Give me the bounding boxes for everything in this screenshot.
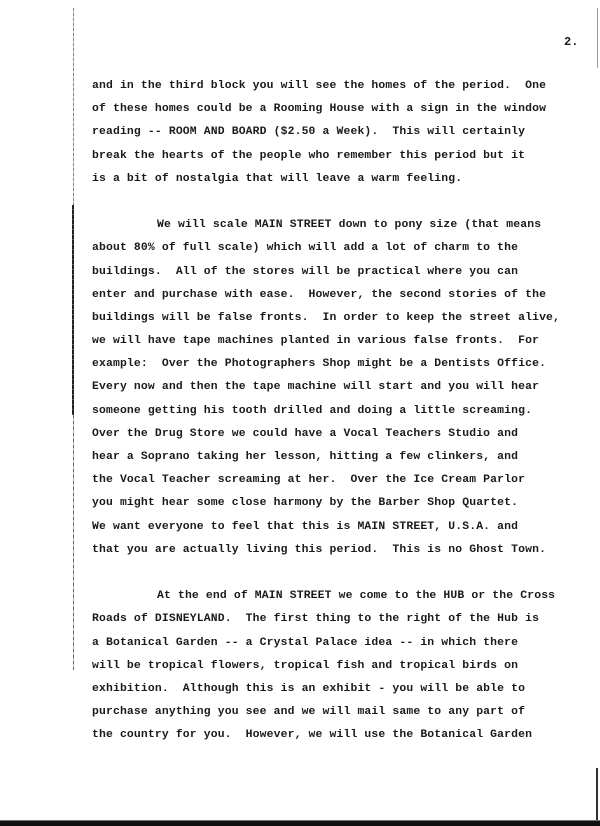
text-line: the country for you. However, we will us…: [92, 724, 562, 747]
paragraph: At the end of MAIN STREET we come to the…: [92, 585, 562, 747]
text-line: We will scale MAIN STREET down to pony s…: [92, 214, 562, 237]
text-line: hear a Soprano taking her lesson, hittin…: [92, 446, 562, 469]
document-page: 2. and in the third block you will see t…: [0, 0, 600, 826]
typewritten-body: and in the third block you will see the …: [92, 75, 562, 747]
binding-edge-line-lower: [73, 415, 74, 670]
text-line: reading -- ROOM AND BOARD ($2.50 a Week)…: [92, 121, 562, 144]
text-line: is a bit of nostalgia that will leave a …: [92, 168, 562, 191]
binding-edge-line-dark: [72, 205, 74, 415]
page-right-edge-lower: [596, 768, 598, 820]
text-line: purchase anything you see and we will ma…: [92, 701, 562, 724]
text-line: We want everyone to feel that this is MA…: [92, 516, 562, 539]
text-line: Over the Drug Store we could have a Voca…: [92, 423, 562, 446]
paragraph: We will scale MAIN STREET down to pony s…: [92, 214, 562, 562]
page-number: 2.: [564, 35, 578, 49]
scan-bottom-edge: [0, 820, 600, 826]
text-line: buildings. All of the stores will be pra…: [92, 261, 562, 284]
text-line: buildings will be false fronts. In order…: [92, 307, 562, 330]
text-line: example: Over the Photographers Shop mig…: [92, 353, 562, 376]
page-right-edge: [597, 8, 598, 68]
text-line: someone getting his tooth drilled and do…: [92, 400, 562, 423]
text-line: about 80% of full scale) which will add …: [92, 237, 562, 260]
text-line: Every now and then the tape machine will…: [92, 376, 562, 399]
text-line: of these homes could be a Rooming House …: [92, 98, 562, 121]
text-line: At the end of MAIN STREET we come to the…: [92, 585, 562, 608]
text-line: enter and purchase with ease. However, t…: [92, 284, 562, 307]
text-line: will be tropical flowers, tropical fish …: [92, 655, 562, 678]
text-line: break the hearts of the people who remem…: [92, 145, 562, 168]
text-line: Roads of DISNEYLAND. The first thing to …: [92, 608, 562, 631]
text-line: we will have tape machines planted in va…: [92, 330, 562, 353]
text-line: exhibition. Although this is an exhibit …: [92, 678, 562, 701]
text-line: a Botanical Garden -- a Crystal Palace i…: [92, 632, 562, 655]
text-line: and in the third block you will see the …: [92, 75, 562, 98]
text-line: the Vocal Teacher screaming at her. Over…: [92, 469, 562, 492]
text-line: that you are actually living this period…: [92, 539, 562, 562]
text-line: you might hear some close harmony by the…: [92, 492, 562, 515]
paragraph: and in the third block you will see the …: [92, 75, 562, 191]
